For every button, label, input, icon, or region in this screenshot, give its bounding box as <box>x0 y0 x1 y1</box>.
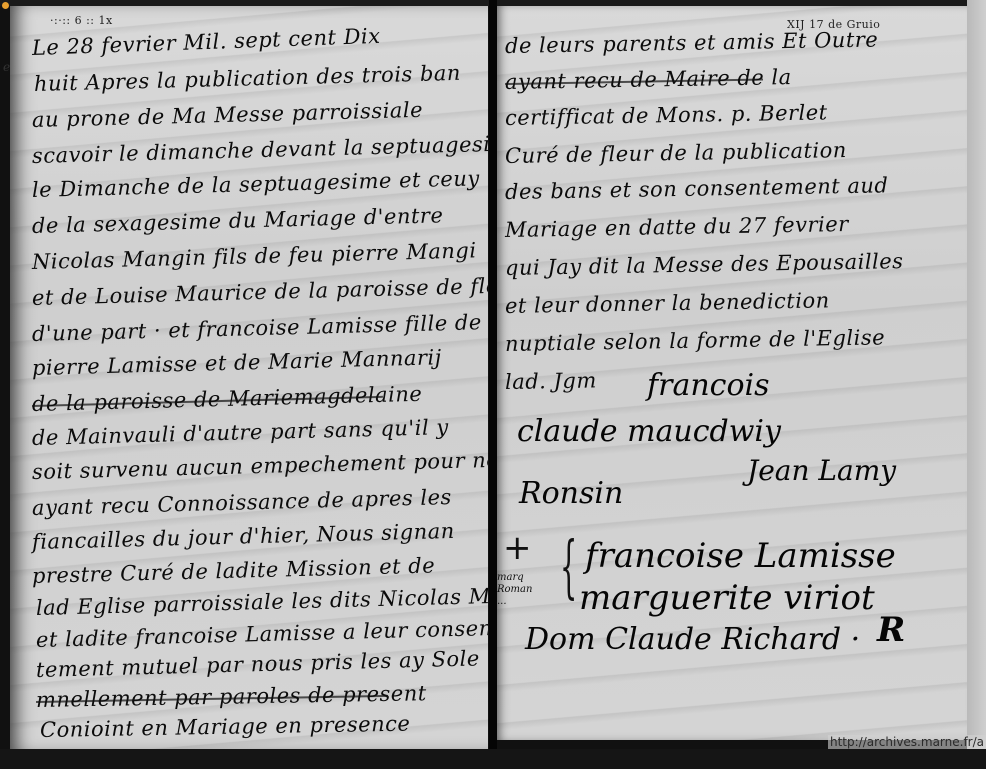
archive-url-watermark: http://archives.marne.fr/a <box>828 735 986 749</box>
brace-bracket: { <box>560 528 577 607</box>
signature-marguerite-viriot: marguerite viriot <box>579 578 875 618</box>
left-line-15: fiancailles du jour d'hier, Nous signan <box>32 519 455 554</box>
left-line-5: le Dimanche de la septuagesime et ceuy <box>32 166 480 202</box>
margin-note-line-2: Roman <box>497 584 532 596</box>
margin-note-line-1: marq <box>497 572 532 584</box>
right-line-2: ayant recu de Maire de la <box>505 65 792 94</box>
left-line-14: ayant recu Connoissance de apres les <box>32 485 452 520</box>
left-line-3: au prone de Ma Messe parroissiale <box>32 98 424 132</box>
left-line-8: et de Louise Maurice de la paroisse de f… <box>32 273 488 310</box>
signature-jean-lamy: Jean Lamy <box>747 454 896 487</box>
left-line-9: d'une part · et francoise Lamisse fille … <box>32 310 482 346</box>
right-line-7: qui Jay dit la Messe des Epousailles <box>505 249 904 280</box>
left-line-18: et ladite francoise Lamisse a leur conse… <box>36 616 488 652</box>
mark-cross-icon: + <box>503 528 532 568</box>
left-page-top-note: ·:·:: 6 :: 1x <box>50 14 113 27</box>
register-page-right: XIJ 17 de Gruio de leurs parents et amis… <box>497 6 969 740</box>
left-line-20: mnellement par paroles de present <box>36 681 427 712</box>
left-margin-mark: e <box>3 60 10 74</box>
signature-ronsin: Ronsin <box>519 476 623 511</box>
right-line-3: certifficat de Mons. p. Berlet <box>505 100 828 130</box>
right-line-4: Curé de fleur de la publication <box>505 138 847 168</box>
left-line-13: soit survenu aucun empechement pour ne <box>32 448 488 484</box>
left-line-12: de Mainvauli d'autre part sans qu'il y <box>32 415 449 450</box>
left-line-16: prestre Curé de ladite Mission et de <box>32 553 436 588</box>
margin-note: marq Roman ... <box>497 572 532 608</box>
left-line-10: pierre Lamisse et de Marie Mannarij <box>32 345 442 380</box>
paraphe-flourish-icon: R <box>877 610 905 650</box>
viewer-indicator-icon <box>2 2 9 9</box>
book-spine <box>489 0 497 769</box>
left-line-17: lad Eglise parroissiale les dits Nicolas… <box>36 582 488 620</box>
left-line-1: Le 28 fevrier Mil. sept cent Dix <box>32 24 381 60</box>
archive-viewer: ·:·:: 6 :: 1x Le 28 fevrier Mil. sept ce… <box>0 0 986 769</box>
signature-francois: francois <box>647 368 770 403</box>
right-line-1: de leurs parents et amis Et Outre <box>505 27 879 58</box>
left-line-21: Conioint en Mariage en presence <box>40 712 411 742</box>
right-line-5: des bans et son consentement aud <box>505 173 889 204</box>
right-line-6: Mariage en datte du 27 fevrier <box>505 212 849 242</box>
right-line-9: nuptiale selon la forme de l'Eglise <box>505 325 885 356</box>
left-line-7: Nicolas Mangin fils de feu pierre Mangi <box>32 238 477 274</box>
signature-claude: claude maucdwiy <box>517 414 781 449</box>
right-line-8: et leur donner la benediction <box>505 288 830 318</box>
left-line-11: de la paroisse de Mariemagdelaine <box>32 382 423 416</box>
left-line-19: tement mutuel par nous pris les ay Sole <box>36 646 480 682</box>
register-page-left: ·:·:: 6 :: 1x Le 28 fevrier Mil. sept ce… <box>10 6 488 750</box>
viewer-bottom-border <box>0 749 986 769</box>
right-line-10: lad. Jgm <box>505 368 597 394</box>
signature-dom-claude-richard: Dom Claude Richard · <box>525 622 860 657</box>
signature-francoise-lamisse: francoise Lamisse <box>585 536 896 576</box>
left-line-6: de la sexagesime du Mariage d'entre <box>32 203 444 238</box>
left-line-4: scavoir le dimanche devant la septuagesi <box>32 132 488 168</box>
left-line-2: huit Apres la publication des trois ban <box>34 61 462 96</box>
next-page-edge <box>967 0 986 750</box>
margin-note-line-3: ... <box>497 596 532 608</box>
